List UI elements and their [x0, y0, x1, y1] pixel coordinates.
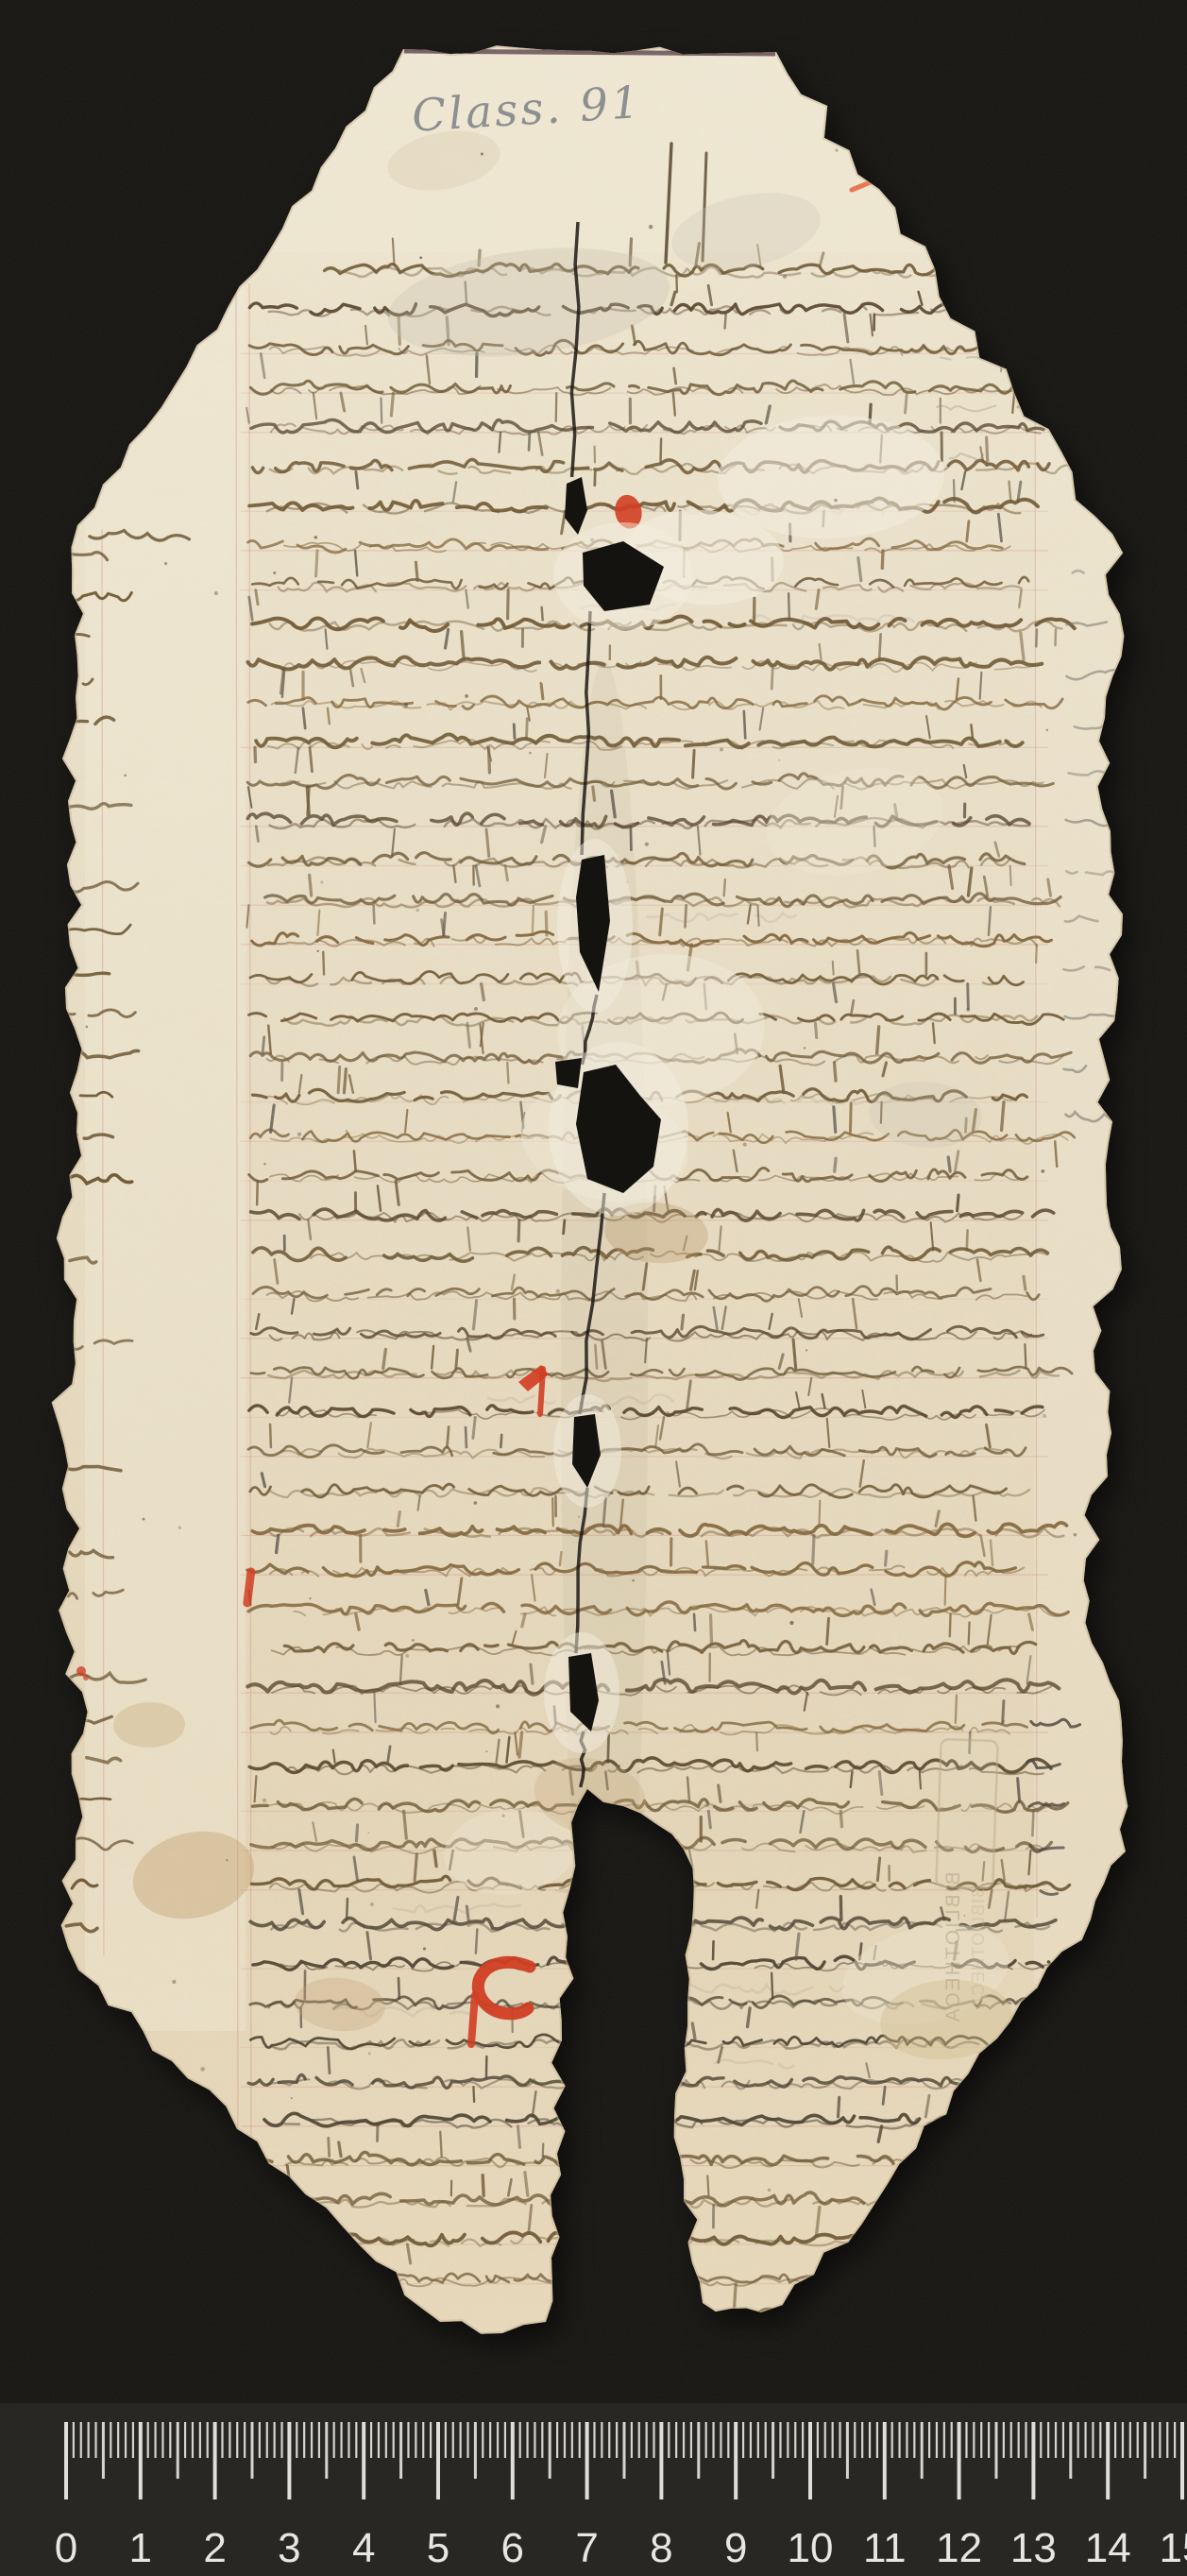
ruler-tick-cm [511, 2422, 515, 2499]
ruler-tick-mm [593, 2422, 595, 2458]
ruler-tick-mm [579, 2422, 581, 2458]
ruler-tick-mm [1025, 2422, 1026, 2458]
ruler-tick-mm [110, 2422, 111, 2458]
ruler-tick-mm [1077, 2422, 1079, 2458]
ruler-tick-half [623, 2422, 626, 2479]
ruler-tick-mm [571, 2422, 573, 2458]
ruler-number: 9 [724, 2525, 747, 2571]
ruler-tick-mm [266, 2422, 268, 2458]
ruler-tick-mm [616, 2422, 618, 2458]
ruler-tick-mm [1099, 2422, 1101, 2458]
ruler-tick-mm [742, 2422, 744, 2458]
ruler-tick-mm [936, 2422, 938, 2458]
ruler-tick-half [102, 2422, 105, 2479]
ruler-tick-mm [385, 2422, 387, 2458]
ruler-tick-mm [951, 2422, 953, 2458]
ruler-tick-mm [973, 2422, 975, 2458]
ruler-number: 3 [278, 2525, 300, 2571]
ruler-tick-mm [1055, 2422, 1057, 2458]
ruler-number: 7 [575, 2525, 598, 2571]
ruler-tick-mm [1040, 2422, 1042, 2458]
ruler-tick-mm [199, 2422, 201, 2458]
ruler-tick-mm [854, 2422, 856, 2458]
ruler-tick-mm [802, 2422, 804, 2458]
ruler-tick-mm [839, 2422, 840, 2458]
ruler-tick-mm [296, 2422, 297, 2458]
ruler-tick-half [1069, 2422, 1072, 2479]
ruler-number: 13 [1010, 2525, 1057, 2571]
ruler-tick-mm [556, 2422, 558, 2458]
ruler-tick-mm [88, 2422, 90, 2458]
ruler-tick-mm [229, 2422, 230, 2458]
ruler-number: 11 [863, 2525, 907, 2571]
stamp-text: BIBLIOTHECA [942, 1872, 964, 2024]
ruler-tick-mm [608, 2422, 610, 2458]
ruler-tick-cm [958, 2422, 961, 2499]
ruler-tick-mm [244, 2422, 246, 2458]
ruler-number: 14 [1085, 2525, 1131, 2571]
ruler-tick-mm [303, 2422, 305, 2458]
ruler-tick-mm [727, 2422, 729, 2458]
ruler-tick-cm [362, 2422, 365, 2499]
ruler-tick-mm [192, 2422, 194, 2458]
ruler-tick-mm [132, 2422, 134, 2458]
ruler-tick-mm [876, 2422, 878, 2458]
ruler-tick-cm [734, 2422, 738, 2499]
ruler-tick-mm [757, 2422, 759, 2458]
ruler-tick-mm [161, 2422, 163, 2458]
ruler-tick-mm [378, 2422, 380, 2458]
ruler-tick-mm [147, 2422, 149, 2458]
ruler-tick-mm [259, 2422, 261, 2458]
ruler-tick-mm [422, 2422, 424, 2458]
ruler-tick-mm [646, 2422, 648, 2458]
ruler-tick-mm [1114, 2422, 1116, 2458]
ruler-number: 12 [936, 2525, 982, 2571]
ruler-tick-mm [452, 2422, 454, 2458]
ruler-tick-mm [169, 2422, 171, 2458]
ruler-number: 5 [427, 2525, 449, 2571]
ruler-tick-mm [1159, 2422, 1161, 2458]
ruler-tick-mm [1018, 2422, 1020, 2458]
ruler-tick-mm [504, 2422, 506, 2458]
ruler-tick-mm [348, 2422, 349, 2458]
ruler-tick-mm [1092, 2422, 1094, 2458]
ruler-tick-mm [393, 2422, 395, 2458]
ruler-tick-mm [333, 2422, 335, 2458]
ruler-tick-mm [980, 2422, 982, 2458]
ruler-tick-cm [883, 2422, 887, 2499]
ruler-tick-cm [287, 2422, 291, 2499]
ruler-tick-mm [318, 2422, 320, 2458]
ruler-tick-mm [965, 2422, 967, 2458]
ruler-number: 6 [501, 2525, 524, 2571]
ruler-tick-mm [1151, 2422, 1153, 2458]
ruler-tick-mm [80, 2422, 82, 2458]
ruler-tick-mm [928, 2422, 930, 2458]
ruler-tick-mm [340, 2422, 342, 2458]
ruler-tick-half [474, 2422, 477, 2479]
ruler-tick-mm [117, 2422, 119, 2458]
ruler-tick-mm [94, 2422, 96, 2458]
ruler-tick-mm [817, 2422, 819, 2458]
ruler-tick-mm [869, 2422, 871, 2458]
ruler-tick-mm [184, 2422, 186, 2458]
ruler-tick-half [995, 2422, 998, 2479]
ruler-tick-mm [1010, 2422, 1012, 2458]
ruler-tick-mm [1174, 2422, 1176, 2458]
ruler-tick-mm [653, 2422, 654, 2458]
photo: BIBLIOTHECABIBLIOTHECA 01234567891011121… [0, 0, 1187, 2576]
ruler-tick-mm [221, 2422, 223, 2458]
ruler-tick-mm [370, 2422, 372, 2458]
ruler-tick-mm [787, 2422, 789, 2458]
ruler-tick-mm [1129, 2422, 1131, 2458]
ruler-tick-mm [832, 2422, 834, 2458]
ruler-tick-cm [1106, 2422, 1110, 2499]
ruler-tick-cm [1031, 2422, 1035, 2499]
ruler-tick-mm [73, 2422, 75, 2458]
ruler-tick-mm [750, 2422, 752, 2458]
ruler-tick-mm [779, 2422, 781, 2458]
ruler-tick-mm [601, 2422, 602, 2458]
ruler-tick-mm [943, 2422, 945, 2458]
ruler-tick-mm [482, 2422, 483, 2458]
ruler-number: 2 [203, 2525, 226, 2571]
ruler-tick-mm [794, 2422, 796, 2458]
ruler-tick-mm [125, 2422, 127, 2458]
ruler-tick-mm [1084, 2422, 1086, 2458]
stamp-text-faint: BIBLIOTHECA [969, 1886, 988, 2009]
ruler-tick-half [399, 2422, 402, 2479]
ruler-tick-half [325, 2422, 328, 2479]
ruler-tick-half [697, 2422, 700, 2479]
ruler-number: 8 [650, 2525, 672, 2571]
ruler-tick-mm [460, 2422, 462, 2458]
ruler-tick-mm [988, 2422, 990, 2458]
ruler-tick-mm [1137, 2422, 1139, 2458]
ruler-number: 15 [1160, 2525, 1187, 2571]
ruler-tick-mm [274, 2422, 276, 2458]
ruler-tick-mm [891, 2422, 893, 2458]
ruler-tick-half [1144, 2422, 1146, 2479]
ruler-tick-mm [489, 2422, 491, 2458]
ruler-number: 0 [55, 2525, 77, 2571]
ruler-tick-mm [541, 2422, 543, 2458]
ruler-tick-mm [683, 2422, 685, 2458]
ruler-tick-cm [213, 2422, 217, 2499]
ruler-tick-half [251, 2422, 254, 2479]
ruler-tick-mm [906, 2422, 907, 2458]
ruler-tick-mm [207, 2422, 209, 2458]
ruler-tick-mm [311, 2422, 313, 2458]
ruler-tick-half [921, 2422, 924, 2479]
ruler-tick-half [549, 2422, 551, 2479]
ruler-tick-mm [638, 2422, 640, 2458]
ruler-tick-cm [585, 2422, 589, 2499]
ruler-tick-mm [430, 2422, 432, 2458]
ruler-tick-cm [436, 2422, 440, 2499]
ruler-tick-mm [898, 2422, 900, 2458]
ruler-tick-mm [526, 2422, 528, 2458]
ruler-number: 1 [129, 2525, 152, 2571]
ruler-number: 4 [352, 2525, 375, 2571]
ruler-tick-mm [913, 2422, 915, 2458]
ruler-tick-mm [154, 2422, 156, 2458]
ruler-tick-cm [808, 2422, 812, 2499]
ruler-tick-cm [1180, 2422, 1184, 2499]
ruler-tick-mm [705, 2422, 707, 2458]
ruler-tick-mm [407, 2422, 409, 2458]
ruler-tick-mm [631, 2422, 633, 2458]
ruler-tick-mm [712, 2422, 714, 2458]
ruler-tick-mm [668, 2422, 670, 2458]
ruler-tick-half [846, 2422, 849, 2479]
ruler-tick-mm [1062, 2422, 1064, 2458]
ruler-tick-half [772, 2422, 774, 2479]
ruler-tick-mm [765, 2422, 767, 2458]
ruler-tick-mm [564, 2422, 566, 2458]
measurement-ruler: 0123456789101112131415 [0, 2403, 1187, 2576]
ruler-tick-mm [1003, 2422, 1005, 2458]
ruler-tick-mm [355, 2422, 357, 2458]
ruler-tick-mm [519, 2422, 521, 2458]
ruler-tick-mm [1122, 2422, 1124, 2458]
manuscript-scene: BIBLIOTHECABIBLIOTHECA 01234567891011121… [0, 0, 1187, 2576]
ruler-tick-mm [236, 2422, 238, 2458]
ruler-tick-mm [1166, 2422, 1168, 2458]
ruler-tick-half [177, 2422, 179, 2479]
ruler-tick-mm [690, 2422, 692, 2458]
ruler-tick-mm [280, 2422, 282, 2458]
ruler-tick-mm [534, 2422, 535, 2458]
ruler-tick-cm [64, 2422, 68, 2499]
ruler-tick-mm [415, 2422, 416, 2458]
ruler-tick-mm [824, 2422, 826, 2458]
ruler-tick-mm [1047, 2422, 1049, 2458]
ruler-number: 10 [788, 2525, 834, 2571]
ruler-tick-mm [497, 2422, 499, 2458]
ruler-tick-cm [659, 2422, 663, 2499]
ruler-tick-mm [861, 2422, 863, 2458]
ruler-tick-mm [675, 2422, 677, 2458]
ruler-tick-cm [139, 2422, 143, 2499]
ruler-tick-mm [720, 2422, 721, 2458]
ruler-tick-mm [445, 2422, 447, 2458]
ruler-tick-mm [466, 2422, 468, 2458]
